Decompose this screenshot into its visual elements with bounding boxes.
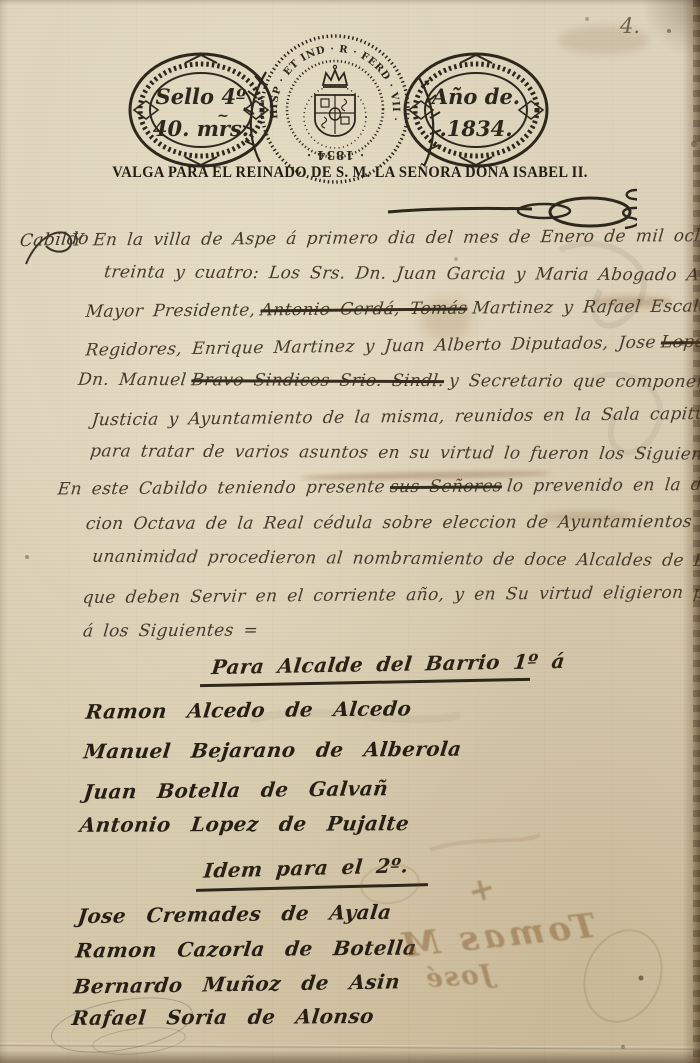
elected-name: Antonio Lopez de Pujalte <box>78 811 410 837</box>
elected-name: Jose Cremades de Ayala <box>76 900 392 928</box>
elected-name: Ramon Alcedo de Alcedo <box>84 696 412 723</box>
line-5-text: y Secretario que componen la <box>448 371 700 392</box>
anno-label-text: Año de. <box>430 84 520 109</box>
page-edge-left <box>0 0 8 1063</box>
manuscript-line-8: En este Cabildo teniendo presentesus Señ… <box>57 475 700 500</box>
line-5-text: Dn. Manuel <box>77 370 187 390</box>
bleedthrough-signature: Tomas M <box>396 906 598 967</box>
page-edge-bottom <box>0 1050 700 1063</box>
manuscript-line-10: unanimidad procedieron al nombramiento d… <box>91 547 700 572</box>
elected-name: Ramon Cazorla de Botella <box>74 936 417 963</box>
sello-price-text: 40. mrs. <box>153 116 249 141</box>
line-3-text: Mayor Presidente, <box>85 300 257 321</box>
elected-name: Juan Botella de Galvañ <box>82 776 389 804</box>
manuscript-line-4: Regidores, Enrique Martinez y Juan Alber… <box>85 331 700 360</box>
manuscript-line-5: Dn. ManuelBravo Sindicos Srio. Sindl.y S… <box>77 370 700 392</box>
elected-name: Bernardo Muñoz de Asin <box>72 969 401 998</box>
elected-name: Manuel Bejarano de Alberola <box>82 737 462 764</box>
line-3-text: Martinez y Rafael Escalante <box>471 296 700 318</box>
anno-stamp: Año de. .1834. <box>401 50 551 170</box>
line-8-text: lo prevenido en la disposi- <box>506 475 700 497</box>
bleedthrough-cross: + <box>463 867 499 911</box>
manuscript-page: 4. Sello 4º 40. mrs. ~ HISP · ET IND · R… <box>0 0 700 1063</box>
manuscript-line-11: que deben Servir en el corriente año, y … <box>82 582 700 608</box>
bleedthrough-signature: José <box>423 960 494 995</box>
manuscript-line-3: Mayor Presidente,Antonio Cerdá, TomásMar… <box>85 296 700 322</box>
crossed-out-text: sus Señores <box>389 476 503 497</box>
section-heading-barrio-1: Para Alcalde del Barrio 1º á <box>210 649 566 679</box>
page-edge-top <box>0 0 700 5</box>
royal-year-text: · 1834 · <box>306 148 364 162</box>
line-8-text: En este Cabildo teniendo presente <box>57 477 386 499</box>
royal-coat-stamp: HISP · ET IND · R · FERD · VII · D · G ·… <box>254 33 416 185</box>
page-edge-right-texture <box>693 0 700 1063</box>
manuscript-line-6: Justicia y Ayuntamiento de la misma, reu… <box>91 404 700 431</box>
manuscript-line-7: para tratar de varios asuntos en su virt… <box>89 441 700 464</box>
line-4-text: Regidores, Enrique Martinez y Juan Alber… <box>85 333 657 361</box>
folio-number: 4. <box>620 14 640 38</box>
crossed-out-text: Antonio Cerdá, Tomás <box>260 299 469 321</box>
manuscript-line-2: treinta y cuatro: Los Srs. Dn. Juan Garc… <box>103 262 700 285</box>
crown-icon <box>323 65 347 87</box>
sello-class-text: Sello 4º <box>156 84 247 109</box>
heading-underline <box>200 678 530 687</box>
anno-year-text: .1834. <box>439 116 512 141</box>
manuscript-line-9: cion Octava de la Real cédula sobre elec… <box>85 512 700 534</box>
crossed-out-text: Bravo Sindicos Srio. Sindl. <box>190 370 445 391</box>
manuscript-line-1: Y En la villa de Aspe á primero dia del … <box>71 226 700 251</box>
sello-macron: ~ <box>217 108 229 124</box>
manuscript-line-12: á los Siguientes = <box>82 621 259 642</box>
coat-of-arms-shield <box>304 86 366 148</box>
